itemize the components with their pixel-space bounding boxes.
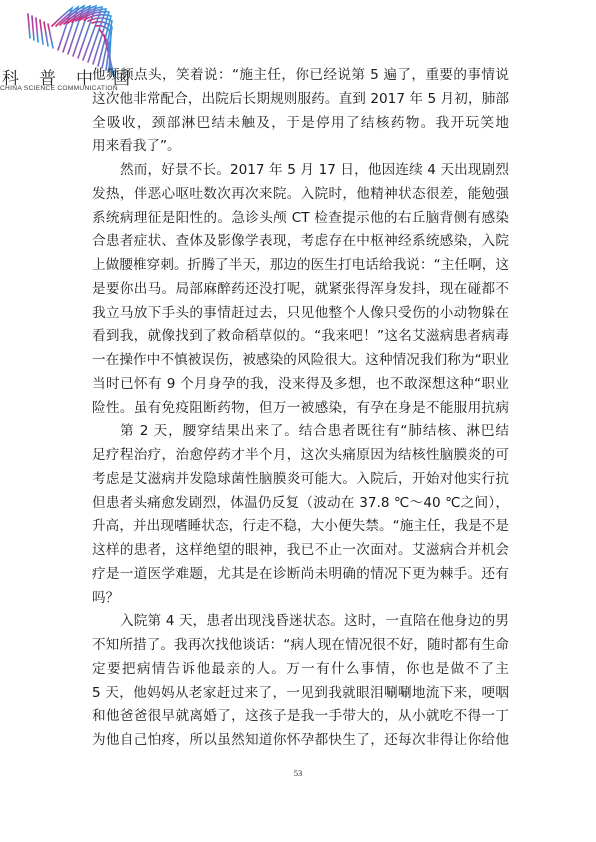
text-line: 上做腰椎穿刺。折腾了半天，那边的医生打电话给我说：“主任啊，这个病人还 [92, 254, 509, 278]
text-line: 用来看我了”。 [92, 135, 509, 159]
text-line: 是要你出马。局部麻醉药还没打呢，就紧张得浑身发抖，现在碰都不让我们碰了。” [92, 278, 509, 302]
page-number: 53 [0, 768, 596, 778]
text-line: 全吸收，颈部淋巴结未触及，于是停用了结核药物。我开玩笑地说：“以后你不 [92, 112, 509, 136]
text-line: 系统病理征是阳性的。急诊头颅 CT 检查提示他的右丘脑背侧有感染性病变。结 [92, 207, 509, 231]
text-line: 合患者症状、查体及影像学表现，考虑存在中枢神经系统感染，入院当天准备马 [92, 230, 509, 254]
text-line: 吗？ [92, 587, 509, 611]
page-body-text: 他频频点头，笑着说：“施主任，你已经说第 5 遍了，重要的事情说 3 遍就够了。… [92, 64, 509, 753]
text-line: 不知所措了。我再次找他谈话：“病人现在情况很不好，随时都有生命危险，一 [92, 634, 509, 658]
text-line: 为他自己怕疼，所以虽然知道你怀孕都快生了，还每次非得让你给他做腰穿，我 [92, 729, 509, 753]
text-line: 疗是一道医学难题，尤其是在诊断尚未明确的情况下更为棘手。还有其他办法 [92, 563, 509, 587]
text-line: 考虑是艾滋病并发隐球菌性脑膜炎可能大。入院后，开始对他实行抗真菌治疗。 [92, 468, 509, 492]
text-line: 然而，好景不长。2017 年 5 月 17 日，他因连续 4 天出现剧烈头痛，同… [92, 159, 509, 183]
text-line: 但患者头痛愈发剧烈，体温仍反复（波动在 37.8 ℃～40 ℃之间），血压也开始 [92, 492, 509, 516]
text-line: 这次他非常配合，出院后长期规则服药。直到 2017 年 5 月初，肺部病灶基本完 [92, 88, 509, 112]
text-line: 发热，伴恶心呕吐数次再次来院。入院时，他精神状态很差，能勉强对答，神经 [92, 183, 509, 207]
text-line: 他频频点头，笑着说：“施主任，你已经说第 5 遍了，重要的事情说 3 遍就够了。… [92, 64, 509, 88]
text-line: 第 2 天，腰穿结果出来了。结合患者既往有“肺结核、淋巴结核”病史，且 [92, 420, 509, 444]
text-line: 我立马放下手头的事情赶过去，只见他整个人像只受伤的小动物躲在被窝里。一 [92, 302, 509, 326]
text-line: 5 天，他妈妈从老家赶过来了，一见到我就眼泪唰唰地流下来，哽咽着说：“我 [92, 682, 509, 706]
text-line: 当时已怀有 9 个月身孕的我，没来得及多想，也不敢深想这种“职业暴露”的风 [92, 373, 509, 397]
text-line: 定要把病情告诉他最亲的人。万一有什么事情，你也是做不了主的。”住院的第 [92, 658, 509, 682]
text-line: 入院第 4 天，患者出现浅昏迷状态。这时，一直陪在他身边的男朋友也有些 [92, 610, 509, 634]
text-line: 险性。虽有免疫阻断药物，但万一被感染，有孕在身是不能服用抗病毒药物的。 [92, 397, 509, 421]
text-line: 这样的患者，这样绝望的眼神，我已不止一次面对。艾滋病合并机会性感染的治 [92, 539, 509, 563]
text-line: 足疗程治疗，治愈停药才半个月，这次头痛原因为结核性脑膜炎的可能性较小， [92, 444, 509, 468]
text-line: 升高，并出现嗜睡状态，行走不稳，大小便失禁。“施主任，我是不是没得救了？” [92, 515, 509, 539]
text-line: 看到我，就像找到了救命稻草似的。“我来吧！”这名艾滋病患者病毒载量高，万 [92, 325, 509, 349]
text-line: 一在操作中不慎被误伤，被感染的风险很大。这种情况我们称为“职业暴露”。 [92, 349, 509, 373]
text-line: 和他爸爸很早就离婚了，这孩子是我一手带大的，从小就吃不得一丁点儿苦。因 [92, 705, 509, 729]
